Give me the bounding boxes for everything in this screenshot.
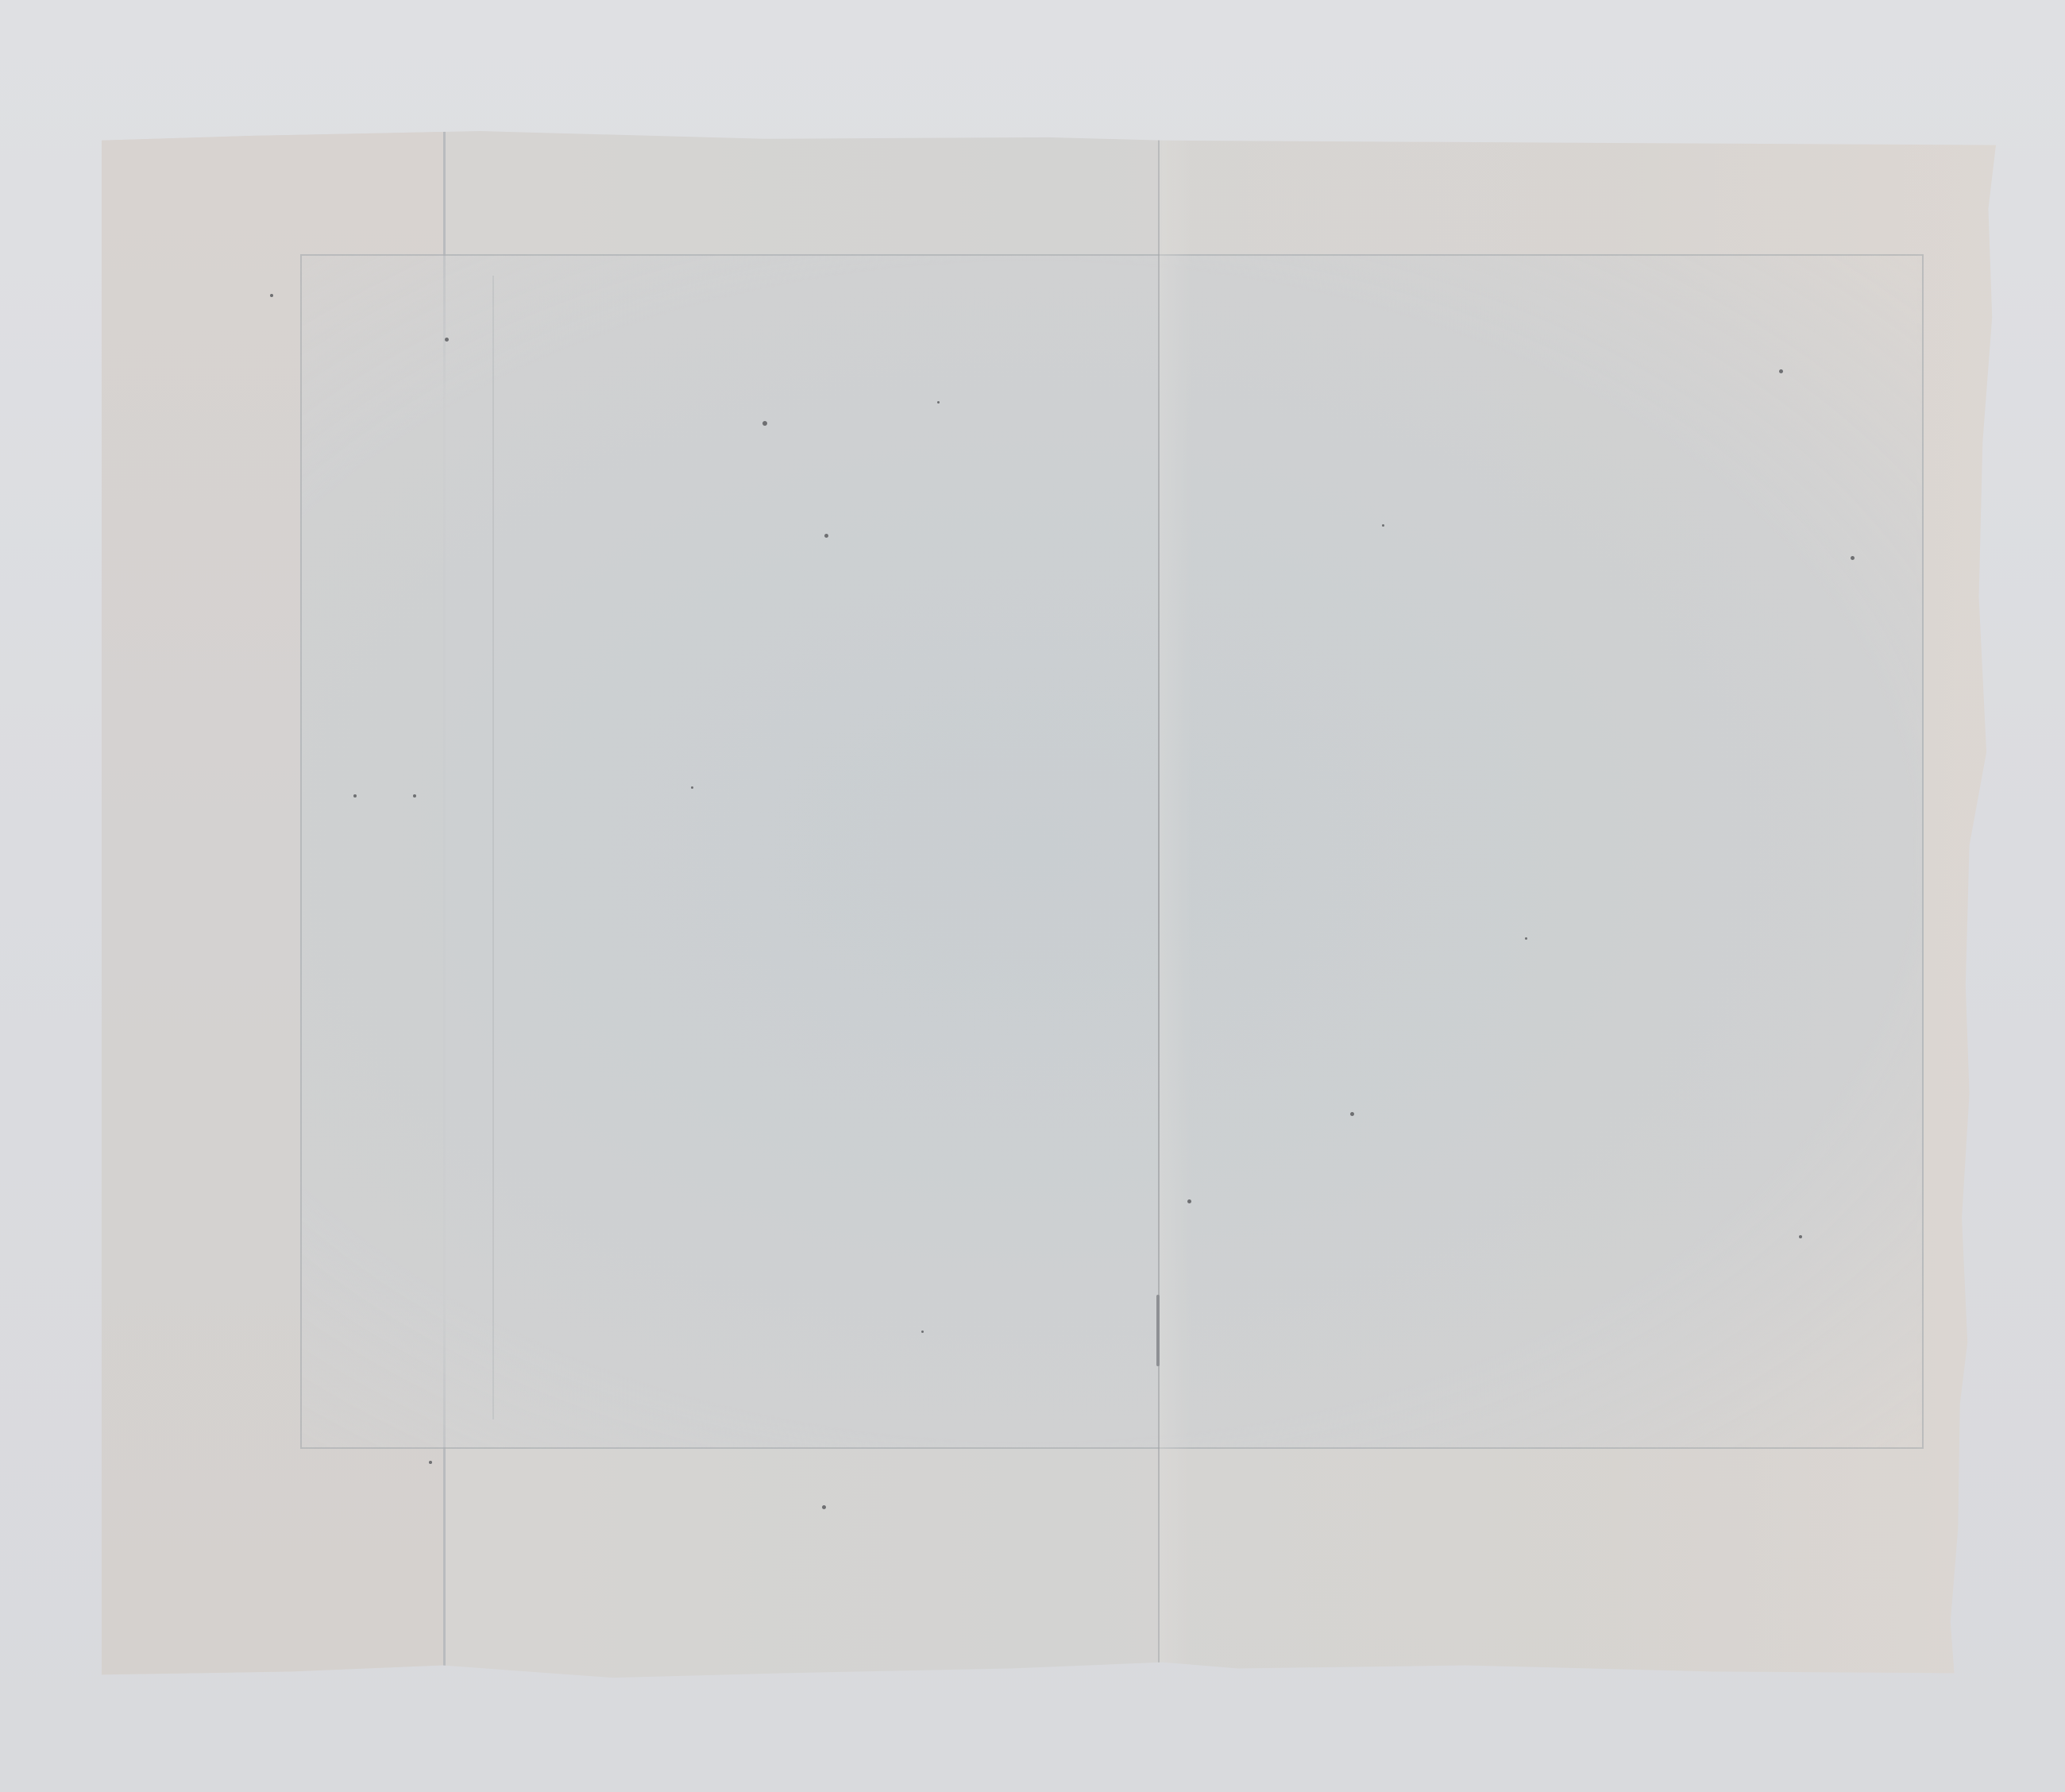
foxing-speck [353, 794, 357, 798]
foxing-speck [762, 421, 767, 426]
fold-tear [1156, 1295, 1160, 1366]
foxing-speck [1799, 1235, 1802, 1238]
foxing-speck [1187, 1199, 1191, 1203]
foxing-speck [921, 1330, 924, 1333]
foxing-speck [270, 294, 273, 297]
foxing-speck [691, 786, 693, 789]
foxing-speck [413, 794, 416, 798]
foxing-speck [822, 1505, 826, 1509]
foxing-speck [445, 338, 449, 342]
plate-mark [300, 254, 1924, 1449]
paper-sheet [102, 131, 1996, 1684]
foxing-speck [824, 534, 828, 538]
fold-highlight [1160, 131, 1191, 1684]
foxing-speck [1382, 524, 1384, 527]
foxing-speck [937, 401, 940, 404]
background-surface [0, 0, 2065, 1792]
foxing-speck [1779, 369, 1783, 373]
foxing-speck [1525, 937, 1527, 940]
foxing-speck [1851, 556, 1855, 560]
foxing-speck [1350, 1112, 1354, 1116]
foxing-speck [429, 1461, 432, 1464]
center-fold [1158, 131, 1160, 1684]
